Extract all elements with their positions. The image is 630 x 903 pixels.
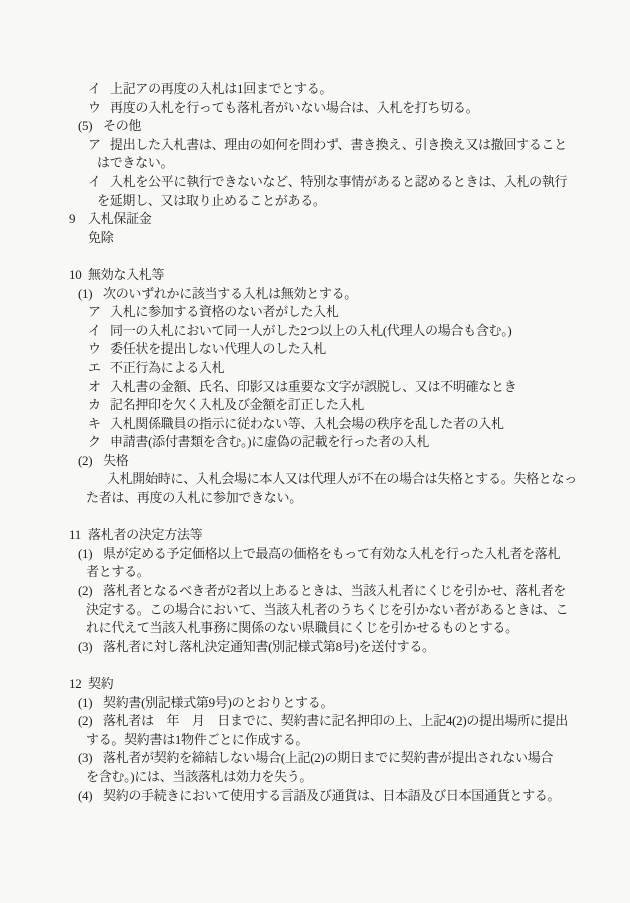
doc-line: (1)県が定める予定価格以上で最高の価格をもって有効な入札を行った入札者を落札 — [0, 545, 630, 564]
line-marker: イ — [88, 80, 110, 99]
doc-line: ウ委任状を提出しない代理人のした入札 — [0, 340, 630, 359]
line-text: 入札書の金額、氏名、印影又は重要な文字が誤脱し、又は不明確なとき — [110, 379, 516, 394]
line-text: 上記アの再度の入札は1回までとする。 — [110, 81, 332, 96]
doc-line: (2)失格 — [0, 452, 630, 471]
doc-line: (3)落札者が契約を締結しない場合(上記(2)の期日までに契約書が提出されない場… — [0, 749, 630, 768]
line-text: 落札者となるべき者が2者以上あるときは、当該入札者にくじを引かせ、落札者を — [103, 583, 566, 598]
line-marker: ク — [88, 433, 110, 452]
doc-line: 入札開始時に、入札会場に本人又は代理人が不在の場合は失格とする。失格となっ — [0, 470, 630, 489]
line-marker: (1) — [78, 285, 103, 304]
line-marker: (4) — [78, 787, 103, 806]
doc-line: た者は、再度の入札に参加できない。 — [0, 489, 630, 508]
line-text: 落札者は 年 月 日までに、契約書に記名押印の上、上記4(2)の提出場所に提出 — [103, 713, 568, 728]
line-marker: (2) — [78, 712, 103, 731]
line-text: 無効な入札等 — [88, 267, 164, 282]
doc-line: ア入札に参加する資格のない者がした入札 — [0, 303, 630, 322]
doc-line: (3)落札者に対し落札決定通知書(別記様式第8号)を送付する。 — [0, 638, 630, 657]
doc-line: (1)契約書(別記様式第9号)のとおりとする。 — [0, 694, 630, 713]
doc-line: キ入札関係職員の指示に従わない等、入札会場の秩序を乱した者の入札 — [0, 415, 630, 434]
line-marker: ウ — [88, 99, 110, 118]
doc-line: ク申請書(添付書類を含む。)に虚偽の記載を行った者の入札 — [0, 433, 630, 452]
line-text: する。契約書は1物件ごとに作成する。 — [86, 732, 308, 747]
line-text: 契約書(別記様式第9号)のとおりとする。 — [103, 695, 333, 710]
line-marker: エ — [88, 359, 110, 378]
line-text: 決定する。この場合において、当該入札者のうちくじを引かない者があるときは、こ — [86, 602, 568, 617]
line-marker: (5) — [78, 117, 103, 136]
doc-line: する。契約書は1物件ごとに作成する。 — [0, 731, 630, 750]
line-text: 落札者の決定方法等 — [88, 527, 202, 542]
line-marker: (2) — [78, 582, 103, 601]
line-text: 提出した入札書は、理由の如何を問わず、書き換え、引き換え又は撤回すること — [110, 137, 567, 152]
line-text: 落札者が契約を締結しない場合(上記(2)の期日までに契約書が提出されない場合 — [103, 750, 553, 765]
doc-line: 者とする。 — [0, 563, 630, 582]
line-text: 失格 — [103, 453, 128, 468]
line-text: 県が定める予定価格以上で最高の価格をもって有効な入札を行った入札者を落札 — [103, 546, 560, 561]
doc-line: 11落札者の決定方法等 — [0, 526, 630, 545]
line-marker: (1) — [78, 545, 103, 564]
doc-line: ア提出した入札書は、理由の如何を問わず、書き換え、引き換え又は撤回すること — [0, 136, 630, 155]
document-body: イ上記アの再度の入札は1回までとする。ウ再度の入札を行っても落札者がいない場合は… — [0, 0, 630, 805]
line-marker: イ — [88, 173, 110, 192]
line-text: 契約 — [88, 676, 113, 691]
line-marker: ア — [88, 136, 110, 155]
doc-line: (1)次のいずれかに該当する入札は無効とする。 — [0, 285, 630, 304]
line-text: 入札開始時に、入札会場に本人又は代理人が不在の場合は失格とする。失格となっ — [107, 471, 577, 486]
line-text: 入札に参加する資格のない者がした入札 — [110, 304, 339, 319]
line-marker: (2) — [78, 452, 103, 471]
line-marker: (3) — [78, 749, 103, 768]
doc-line: 決定する。この場合において、当該入札者のうちくじを引かない者があるときは、こ — [0, 601, 630, 620]
doc-line: イ同一の入札において同一人がした2つ以上の入札(代理人の場合も含む。) — [0, 322, 630, 341]
line-marker: 10 — [69, 266, 88, 285]
doc-line: (5)その他 — [0, 117, 630, 136]
line-marker: オ — [88, 378, 110, 397]
doc-line: はできない。 — [0, 154, 630, 173]
line-text: た者は、再度の入札に参加できない。 — [86, 490, 302, 505]
doc-line: れに代えて当該入札事務に関係のない県職員にくじを引かせるものとする。 — [0, 619, 630, 638]
doc-line: イ上記アの再度の入札は1回までとする。 — [0, 80, 630, 99]
line-text: 落札者に対し落札決定通知書(別記様式第8号)を送付する。 — [103, 639, 435, 654]
document-page: イ上記アの再度の入札は1回までとする。ウ再度の入札を行っても落札者がいない場合は… — [0, 0, 630, 903]
line-text: 同一の入札において同一人がした2つ以上の入札(代理人の場合も含む。) — [110, 323, 511, 338]
line-text: を延期し、又は取り止めることがある。 — [97, 193, 326, 208]
doc-line: カ記名押印を欠く入札及び金額を訂正した入札 — [0, 396, 630, 415]
line-marker: ウ — [88, 340, 110, 359]
doc-line: (2)落札者となるべき者が2者以上あるときは、当該入札者にくじを引かせ、落札者を — [0, 582, 630, 601]
doc-line: エ不正行為による入札 — [0, 359, 630, 378]
line-marker: ア — [88, 303, 110, 322]
line-text: 入札を公平に執行できないなど、特別な事情があると認めるときは、入札の執行 — [110, 174, 567, 189]
line-text: 委任状を提出しない代理人のした入札 — [110, 341, 326, 356]
line-marker: (1) — [78, 694, 103, 713]
line-text: 入札保証金 — [88, 211, 152, 226]
line-text: を含む。)には、当該落札は効力を失う。 — [86, 769, 312, 784]
doc-line: イ入札を公平に執行できないなど、特別な事情があると認めるときは、入札の執行 — [0, 173, 630, 192]
line-marker: 9 — [69, 210, 88, 229]
line-marker: (3) — [78, 638, 103, 657]
doc-line: (2)落札者は 年 月 日までに、契約書に記名押印の上、上記4(2)の提出場所に… — [0, 712, 630, 731]
doc-line: 9入札保証金 — [0, 210, 630, 229]
line-text: 次のいずれかに該当する入札は無効とする。 — [103, 286, 357, 301]
doc-line: を延期し、又は取り止めることがある。 — [0, 192, 630, 211]
line-marker: イ — [88, 322, 110, 341]
line-text: はできない。 — [97, 155, 173, 170]
doc-line: (4)契約の手続きにおいて使用する言語及び通貨は、日本語及び日本国通貨とする。 — [0, 787, 630, 806]
line-text: れに代えて当該入札事務に関係のない県職員にくじを引かせるものとする。 — [86, 620, 518, 635]
doc-line: 12契約 — [0, 675, 630, 694]
line-text: 入札関係職員の指示に従わない等、入札会場の秩序を乱した者の入札 — [110, 416, 504, 431]
line-marker: カ — [88, 396, 110, 415]
line-text: 不正行為による入札 — [110, 360, 224, 375]
line-text: 再度の入札を行っても落札者がいない場合は、入札を打ち切る。 — [110, 100, 478, 115]
doc-line: を含む。)には、当該落札は効力を失う。 — [0, 768, 630, 787]
line-text: その他 — [103, 118, 141, 133]
line-marker: 11 — [69, 526, 88, 545]
doc-line: ウ再度の入札を行っても落札者がいない場合は、入札を打ち切る。 — [0, 99, 630, 118]
line-text: 記名押印を欠く入札及び金額を訂正した入札 — [110, 397, 364, 412]
line-text: 者とする。 — [86, 564, 150, 579]
line-marker: キ — [88, 415, 110, 434]
line-text: 免除 — [88, 230, 113, 245]
line-text: 契約の手続きにおいて使用する言語及び通貨は、日本語及び日本国通貨とする。 — [103, 788, 560, 803]
doc-line: 10無効な入札等 — [0, 266, 630, 285]
line-marker: 12 — [69, 675, 88, 694]
line-text: 申請書(添付書類を含む。)に虚偽の記載を行った者の入札 — [110, 434, 429, 449]
doc-line: 免除 — [0, 229, 630, 248]
doc-line: オ入札書の金額、氏名、印影又は重要な文字が誤脱し、又は不明確なとき — [0, 378, 630, 397]
